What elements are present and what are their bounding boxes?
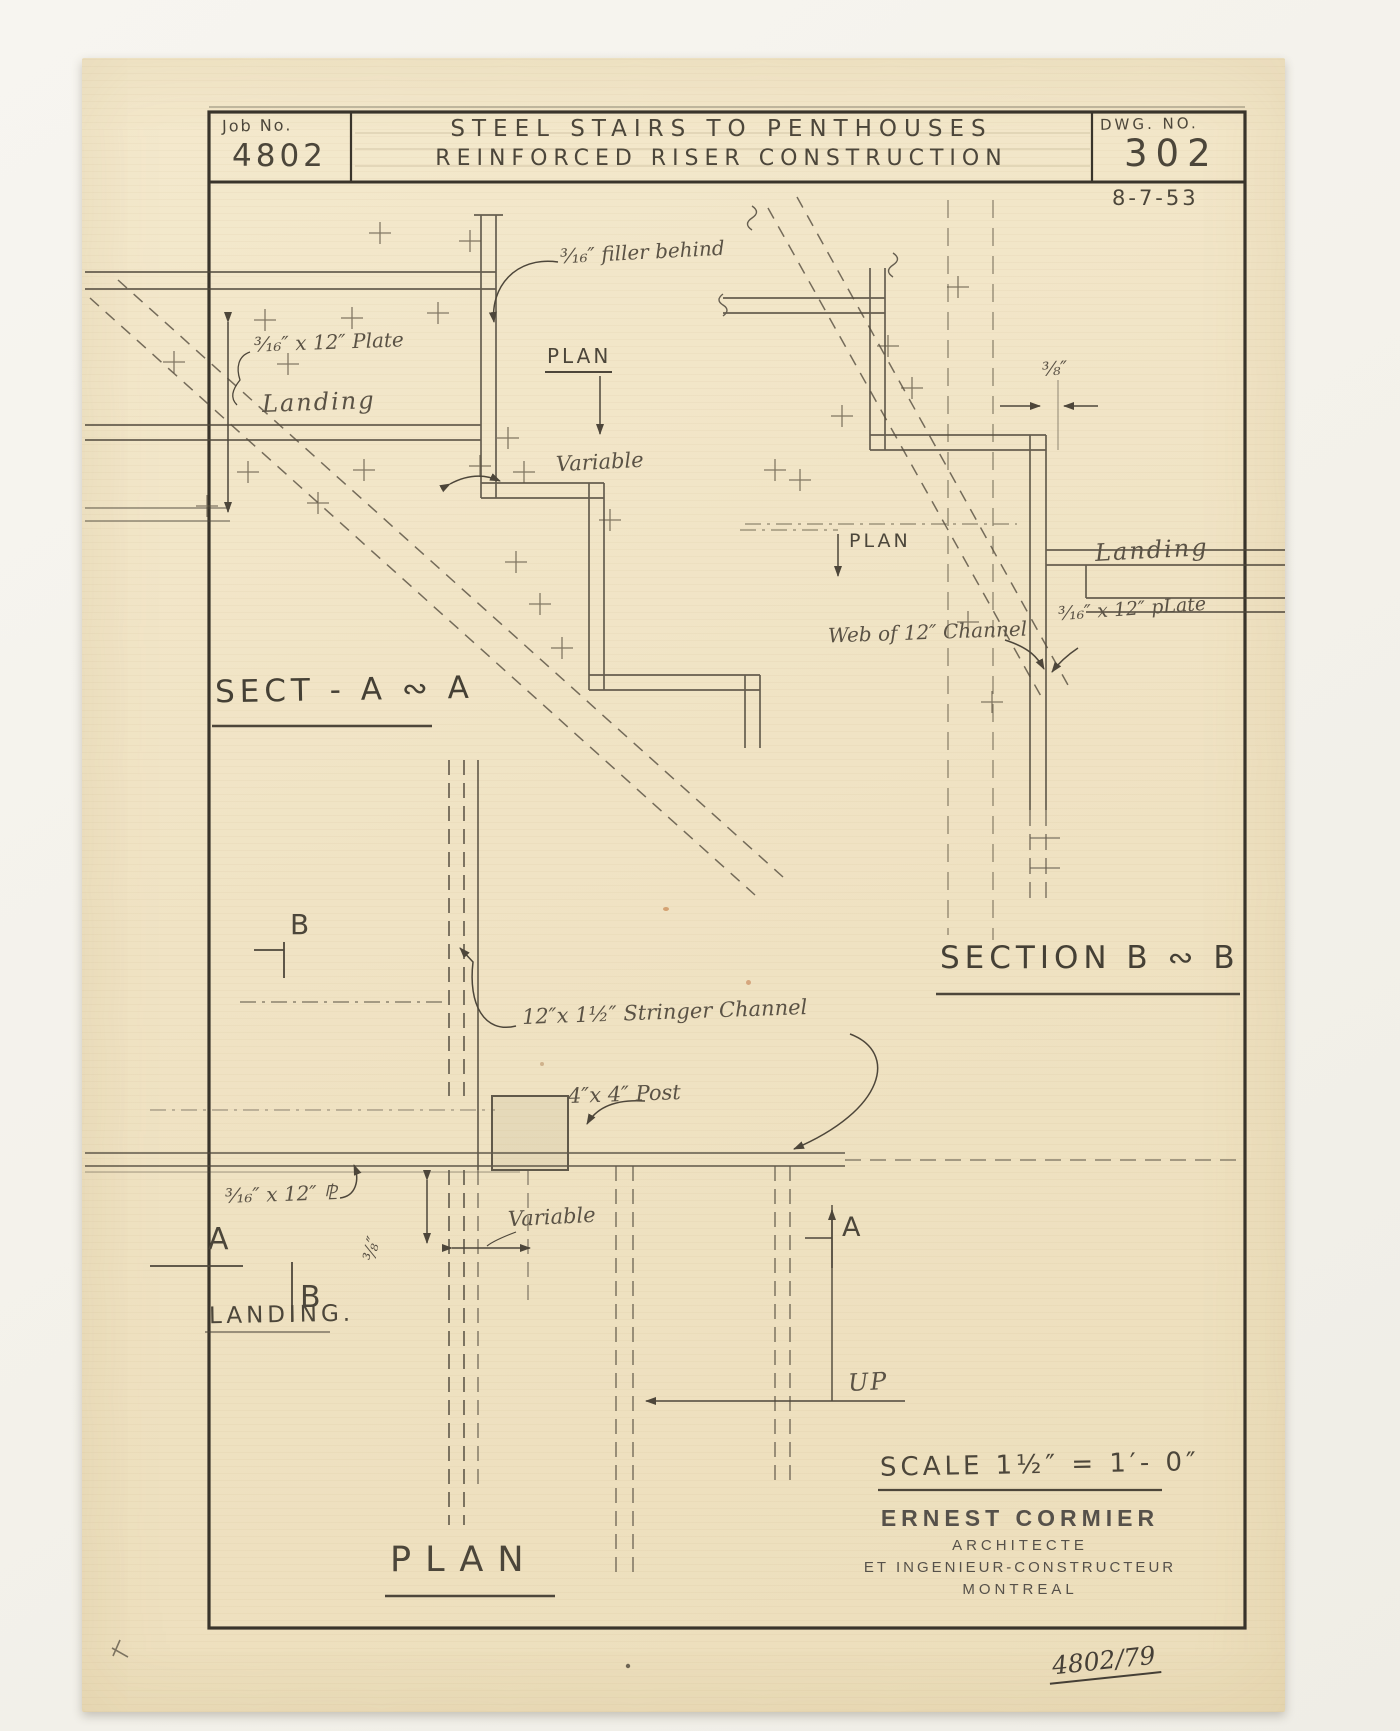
post-note: 4″x 4″ Post (568, 1080, 682, 1108)
section-aa-title: SECT - A ∾ A (215, 670, 474, 711)
dim-three-eighths-top: ³⁄₈″ (1041, 357, 1068, 381)
landing-note-right: Landing (1094, 533, 1209, 567)
architect-role1: ARCHITECTE (830, 1537, 1210, 1554)
plan-view-title: PLAN (390, 1540, 538, 1580)
sheet-title-line2: REINFORCED RISER CONSTRUCTION (351, 146, 1092, 171)
drawing-sheet-page: { "title_block": { "job_no_label": "Job … (0, 0, 1400, 1731)
paper-speck (663, 907, 669, 911)
paper-speck (540, 1062, 544, 1066)
architect-name: ERNEST CORMIER (830, 1505, 1210, 1532)
sheet-title-line1: STEEL STAIRS TO PENTHOUSES (351, 116, 1092, 142)
plan-label-upper: PLAN (547, 344, 611, 368)
marker-b-upper: B (290, 908, 309, 941)
up-label: UP (847, 1367, 889, 1397)
marker-a-left: A (208, 1222, 229, 1257)
dwg-no-label: DWG. NO. (1100, 114, 1199, 134)
architect-role2: ET INGENIEUR-CONSTRUCTEUR (830, 1559, 1210, 1576)
landing-plan-label: LANDING. (209, 1301, 355, 1330)
job-no-value: 4802 (232, 138, 327, 174)
architect-city: MONTREAL (830, 1581, 1210, 1598)
dwg-no-value: 302 (1124, 132, 1219, 175)
marker-a-right: A (842, 1212, 860, 1243)
drawing-date: 8-7-53 (1112, 186, 1199, 210)
scale-note: SCALE 1½″ = 1′- 0″ (880, 1447, 1200, 1483)
plate-note-bottom: ³⁄₁₆″ x 12″ ⅊ (225, 1178, 338, 1209)
landing-note-left: Landing (262, 386, 376, 418)
job-no-label: Job No. (222, 115, 293, 135)
variable-note-lower: Variable (507, 1203, 596, 1232)
variable-note-upper: Variable (555, 448, 644, 477)
plan-label-right: PLAN (849, 530, 911, 552)
paper-speck (746, 980, 751, 985)
section-bb-title: SECTION B ∾ B (940, 940, 1240, 976)
